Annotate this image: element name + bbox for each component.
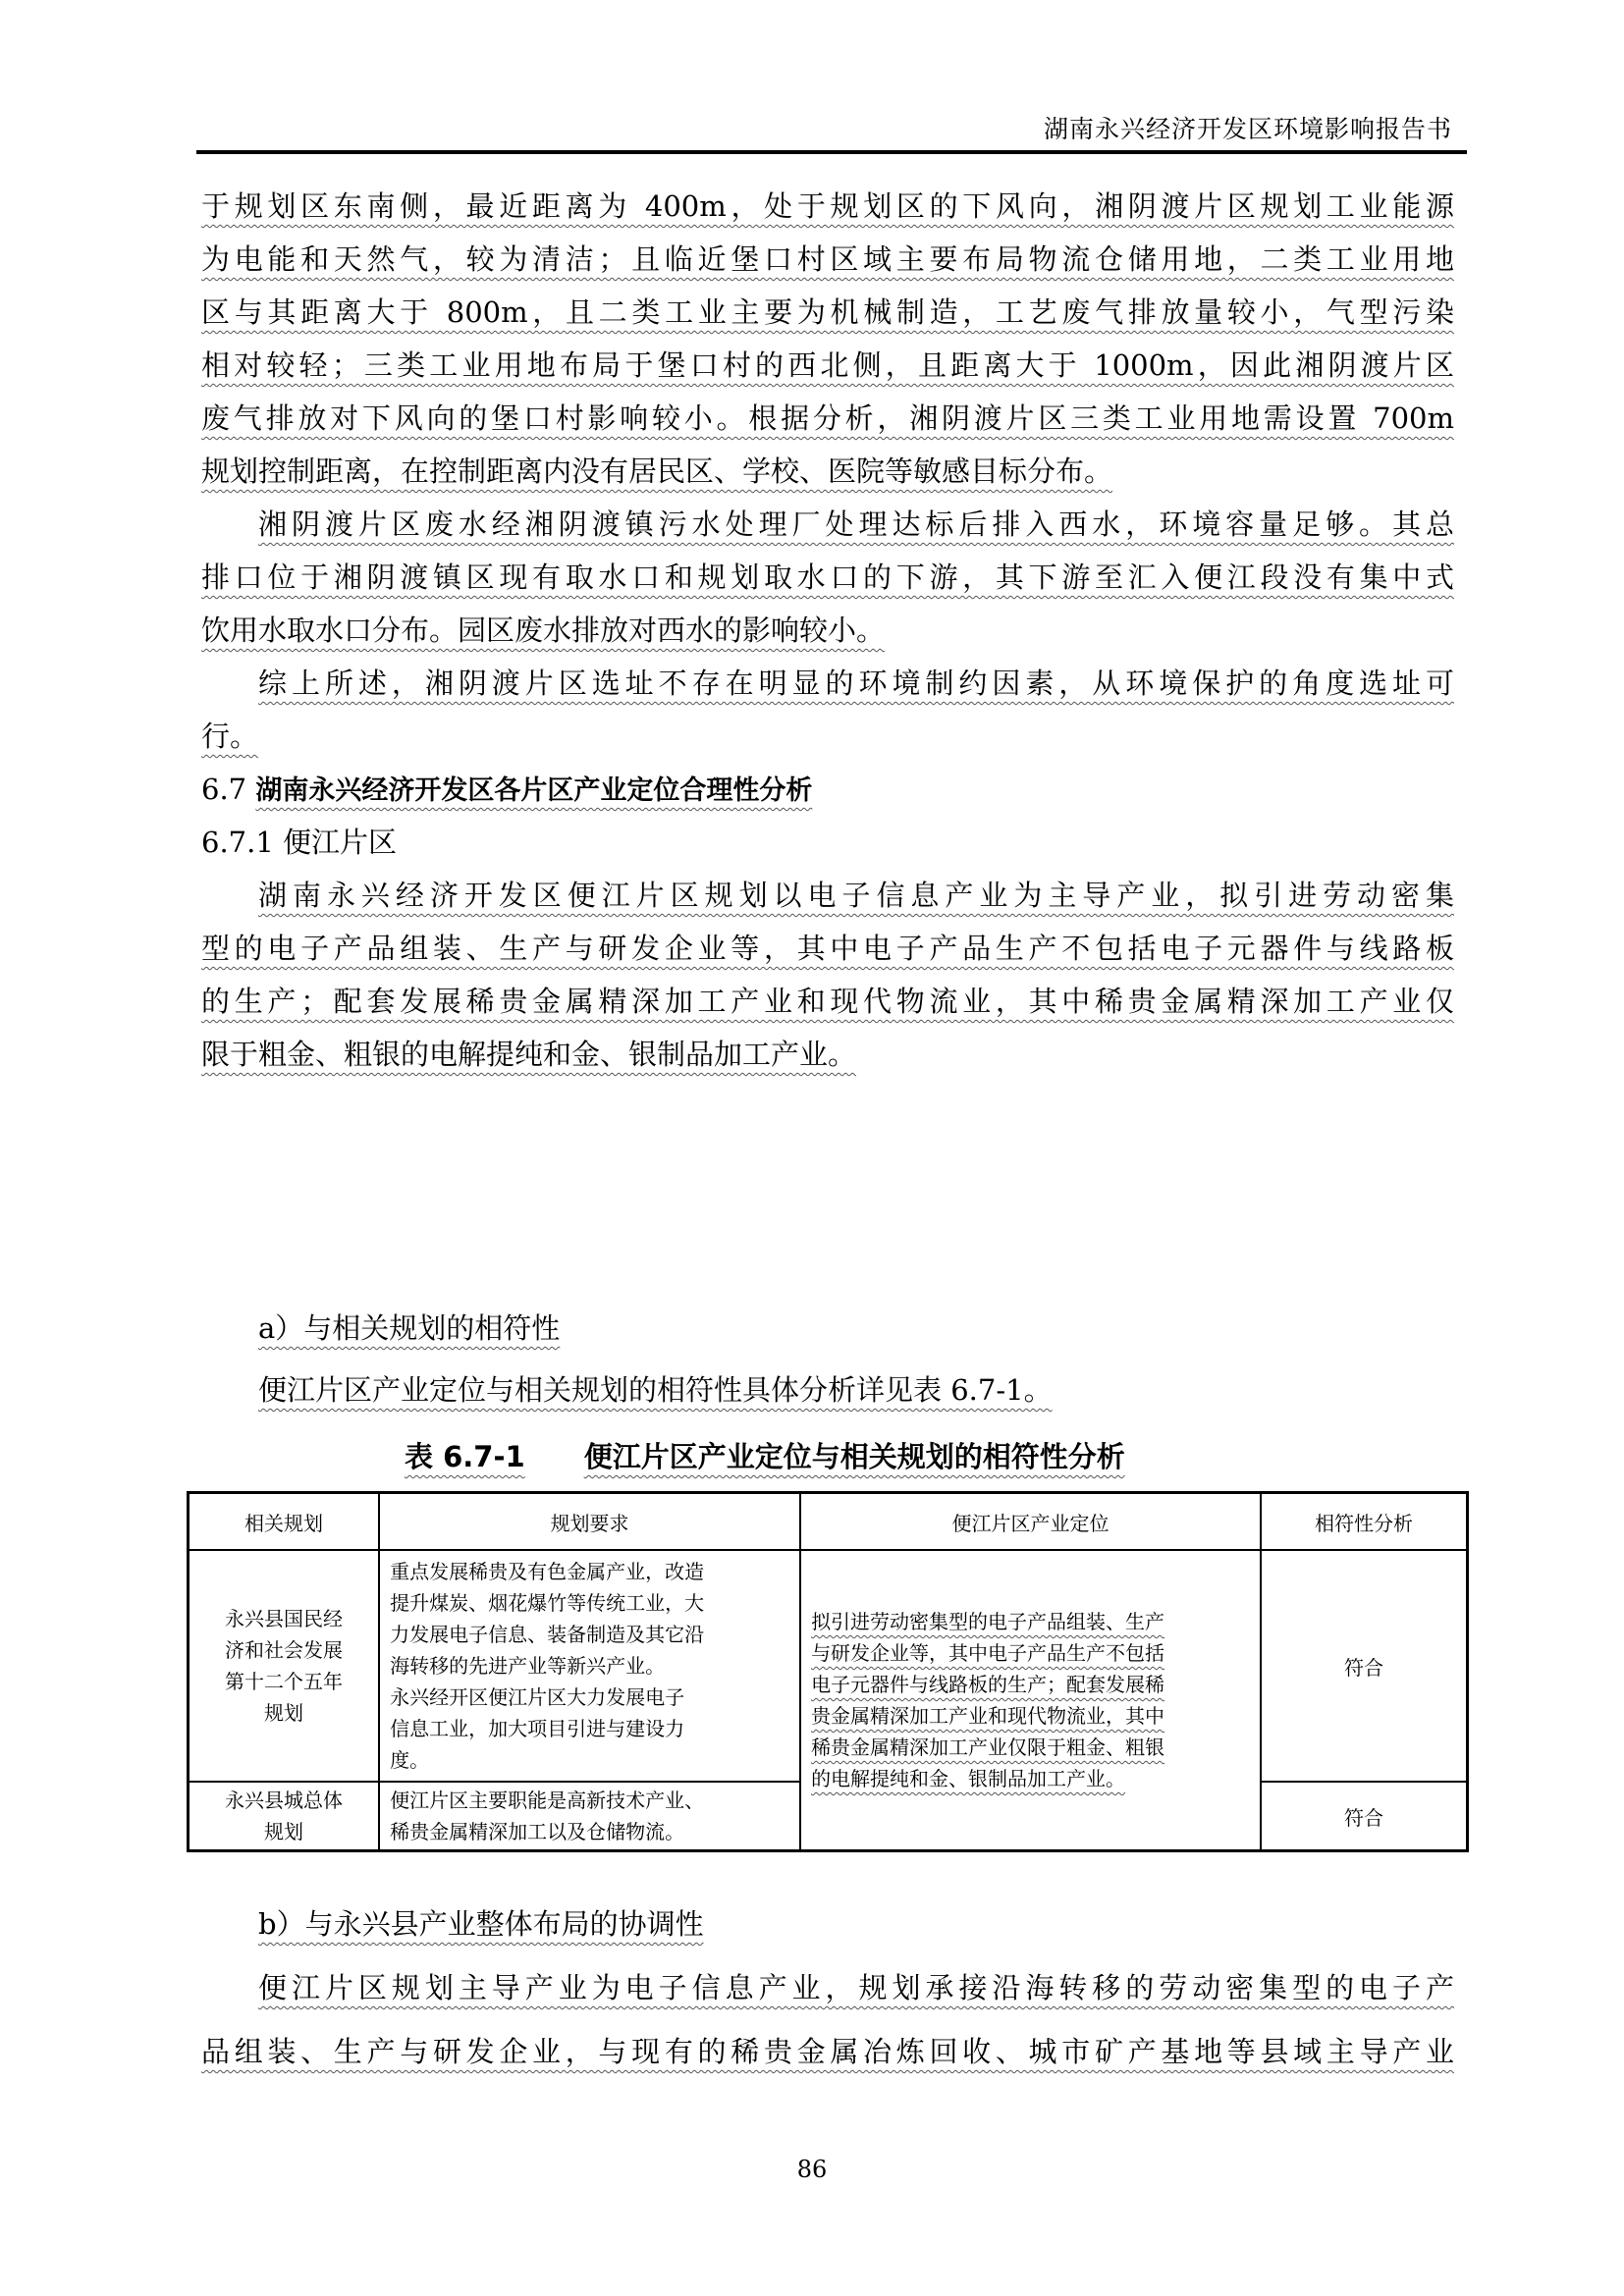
paragraph-line: 限于粗金、粗银的电解提纯和金、银制品加工产业。 bbox=[201, 1035, 856, 1074]
paragraph-line: 规划控制距离，在控制距离内没有居民区、学校、医院等敏感目标分布。 bbox=[201, 452, 1112, 491]
paragraph-line: 行。 bbox=[201, 717, 258, 756]
paragraph-line: 为电能和天然气，较为清洁；且临近堡口村区域主要布局物流仓储用地，二类工业用地 bbox=[201, 240, 1454, 279]
paragraph-line: 湘阴渡片区废水经湘阴渡镇污水处理厂处理达标后排入西水，环境容量足够。其总 bbox=[201, 505, 1454, 544]
header-rule bbox=[196, 150, 1467, 154]
paragraph-line: 型的电子产品组装、生产与研发企业等，其中电子产品生产不包括电子元器件与线路板 bbox=[201, 929, 1454, 968]
result-cell: 符合 bbox=[1261, 1782, 1468, 1851]
requirement-cell: 重点发展稀贵及有色金属产业，改造 提升煤炭、烟花爆竹等传统工业，大 力发展电子信… bbox=[379, 1550, 800, 1782]
paragraph-line: 湖南永兴经济开发区便江片区规划以电子信息产业为主导产业，拟引进劳动密集 bbox=[201, 876, 1454, 915]
paragraph-line: 便江片区规划主导产业为电子信息产业，规划承接沿海转移的劳动密集型的电子产 bbox=[201, 1968, 1454, 2007]
section-number: 6.7.1 bbox=[201, 826, 274, 859]
paragraph-line: 饮用水取水口分布。园区废水排放对西水的影响较小。 bbox=[201, 611, 885, 650]
section-heading-6-7-1: 6.7.1 便江片区 bbox=[201, 823, 397, 862]
table-header-cell: 便江片区产业定位 bbox=[800, 1493, 1261, 1551]
table-header-cell: 规划要求 bbox=[379, 1493, 800, 1551]
table-reference-text: 便江片区产业定位与相关规划的相符性具体分析详见表 6.7-1。 bbox=[258, 1370, 1053, 1410]
plan-cell: 永兴县国民经 济和社会发展 第十二个五年 规划 bbox=[189, 1550, 380, 1782]
subsection-b-heading: b）与永兴县产业整体布局的协调性 bbox=[258, 1904, 704, 1944]
paragraph-line: 排口位于湘阴渡镇区现有取水口和规划取水口的下游，其下游至汇入便江段没有集中式 bbox=[201, 558, 1454, 597]
requirement-cell: 便江片区主要职能是高新技术产业、 稀贵金属精深加工以及仓储物流。 bbox=[379, 1782, 800, 1851]
result-cell: 符合 bbox=[1261, 1550, 1468, 1782]
paragraph-line: 相对较轻；三类工业用地布局于堡口村的西北侧，且距离大于 1000m，因此湘阴渡片… bbox=[201, 346, 1454, 385]
paragraph-line: 品组装、生产与研发企业，与现有的稀贵金属冶炼回收、城市矿产基地等县域主导产业 bbox=[201, 2032, 1454, 2071]
table-header-cell: 相关规划 bbox=[189, 1493, 380, 1551]
section-number: 6.7 bbox=[201, 773, 246, 806]
table-caption: 表 6.7-1便江片区产业定位与相关规划的相符性分析 bbox=[405, 1435, 1125, 1475]
paragraph-line: 废气排放对下风向的堡口村影响较小。根据分析，湘阴渡片区三类工业用地需设置 700… bbox=[201, 399, 1454, 438]
subsection-a-heading: a）与相关规划的相符性 bbox=[258, 1308, 560, 1348]
table-caption-title: 便江片区产业定位与相关规划的相符性分析 bbox=[584, 1440, 1125, 1473]
section-title: 湖南永兴经济开发区各片区产业定位合理性分析 bbox=[255, 775, 812, 806]
section-title: 便江片区 bbox=[283, 826, 397, 859]
section-heading-6-7: 6.7 湖南永兴经济开发区各片区产业定位合理性分析 bbox=[201, 770, 812, 809]
table-row: 永兴县国民经 济和社会发展 第十二个五年 规划 重点发展稀贵及有色金属产业，改造… bbox=[189, 1550, 1468, 1782]
paragraph-line: 于规划区东南侧，最近距离为 400m，处于规划区的下风向，湘阴渡片区规划工业能源 bbox=[201, 187, 1454, 226]
conformity-table: 相关规划 规划要求 便江片区产业定位 相符性分析 永兴县国民经 济和社会发展 第… bbox=[187, 1491, 1469, 1852]
positioning-cell: 拟引进劳动密集型的电子产品组装、生产 与研发企业等，其中电子产品生产不包括 电子… bbox=[800, 1550, 1261, 1851]
paragraph-line: 的生产；配套发展稀贵金属精深加工产业和现代物流业，其中稀贵金属精深加工产业仅 bbox=[201, 982, 1454, 1021]
table-header-cell: 相符性分析 bbox=[1261, 1493, 1468, 1551]
page-number: 86 bbox=[0, 2156, 1624, 2183]
paragraph-line: 区与其距离大于 800m，且二类工业主要为机械制造，工艺废气排放量较小，气型污染 bbox=[201, 293, 1454, 332]
table-header-row: 相关规划 规划要求 便江片区产业定位 相符性分析 bbox=[189, 1493, 1468, 1551]
plan-cell: 永兴县城总体 规划 bbox=[189, 1782, 380, 1851]
header-title: 湖南永兴经济开发区环境影响报告书 bbox=[1044, 110, 1452, 145]
table-caption-number: 表 6.7-1 bbox=[405, 1440, 525, 1473]
paragraph-line: 综上所述，湘阴渡片区选址不存在明显的环境制约因素，从环境保护的角度选址可 bbox=[201, 664, 1454, 703]
